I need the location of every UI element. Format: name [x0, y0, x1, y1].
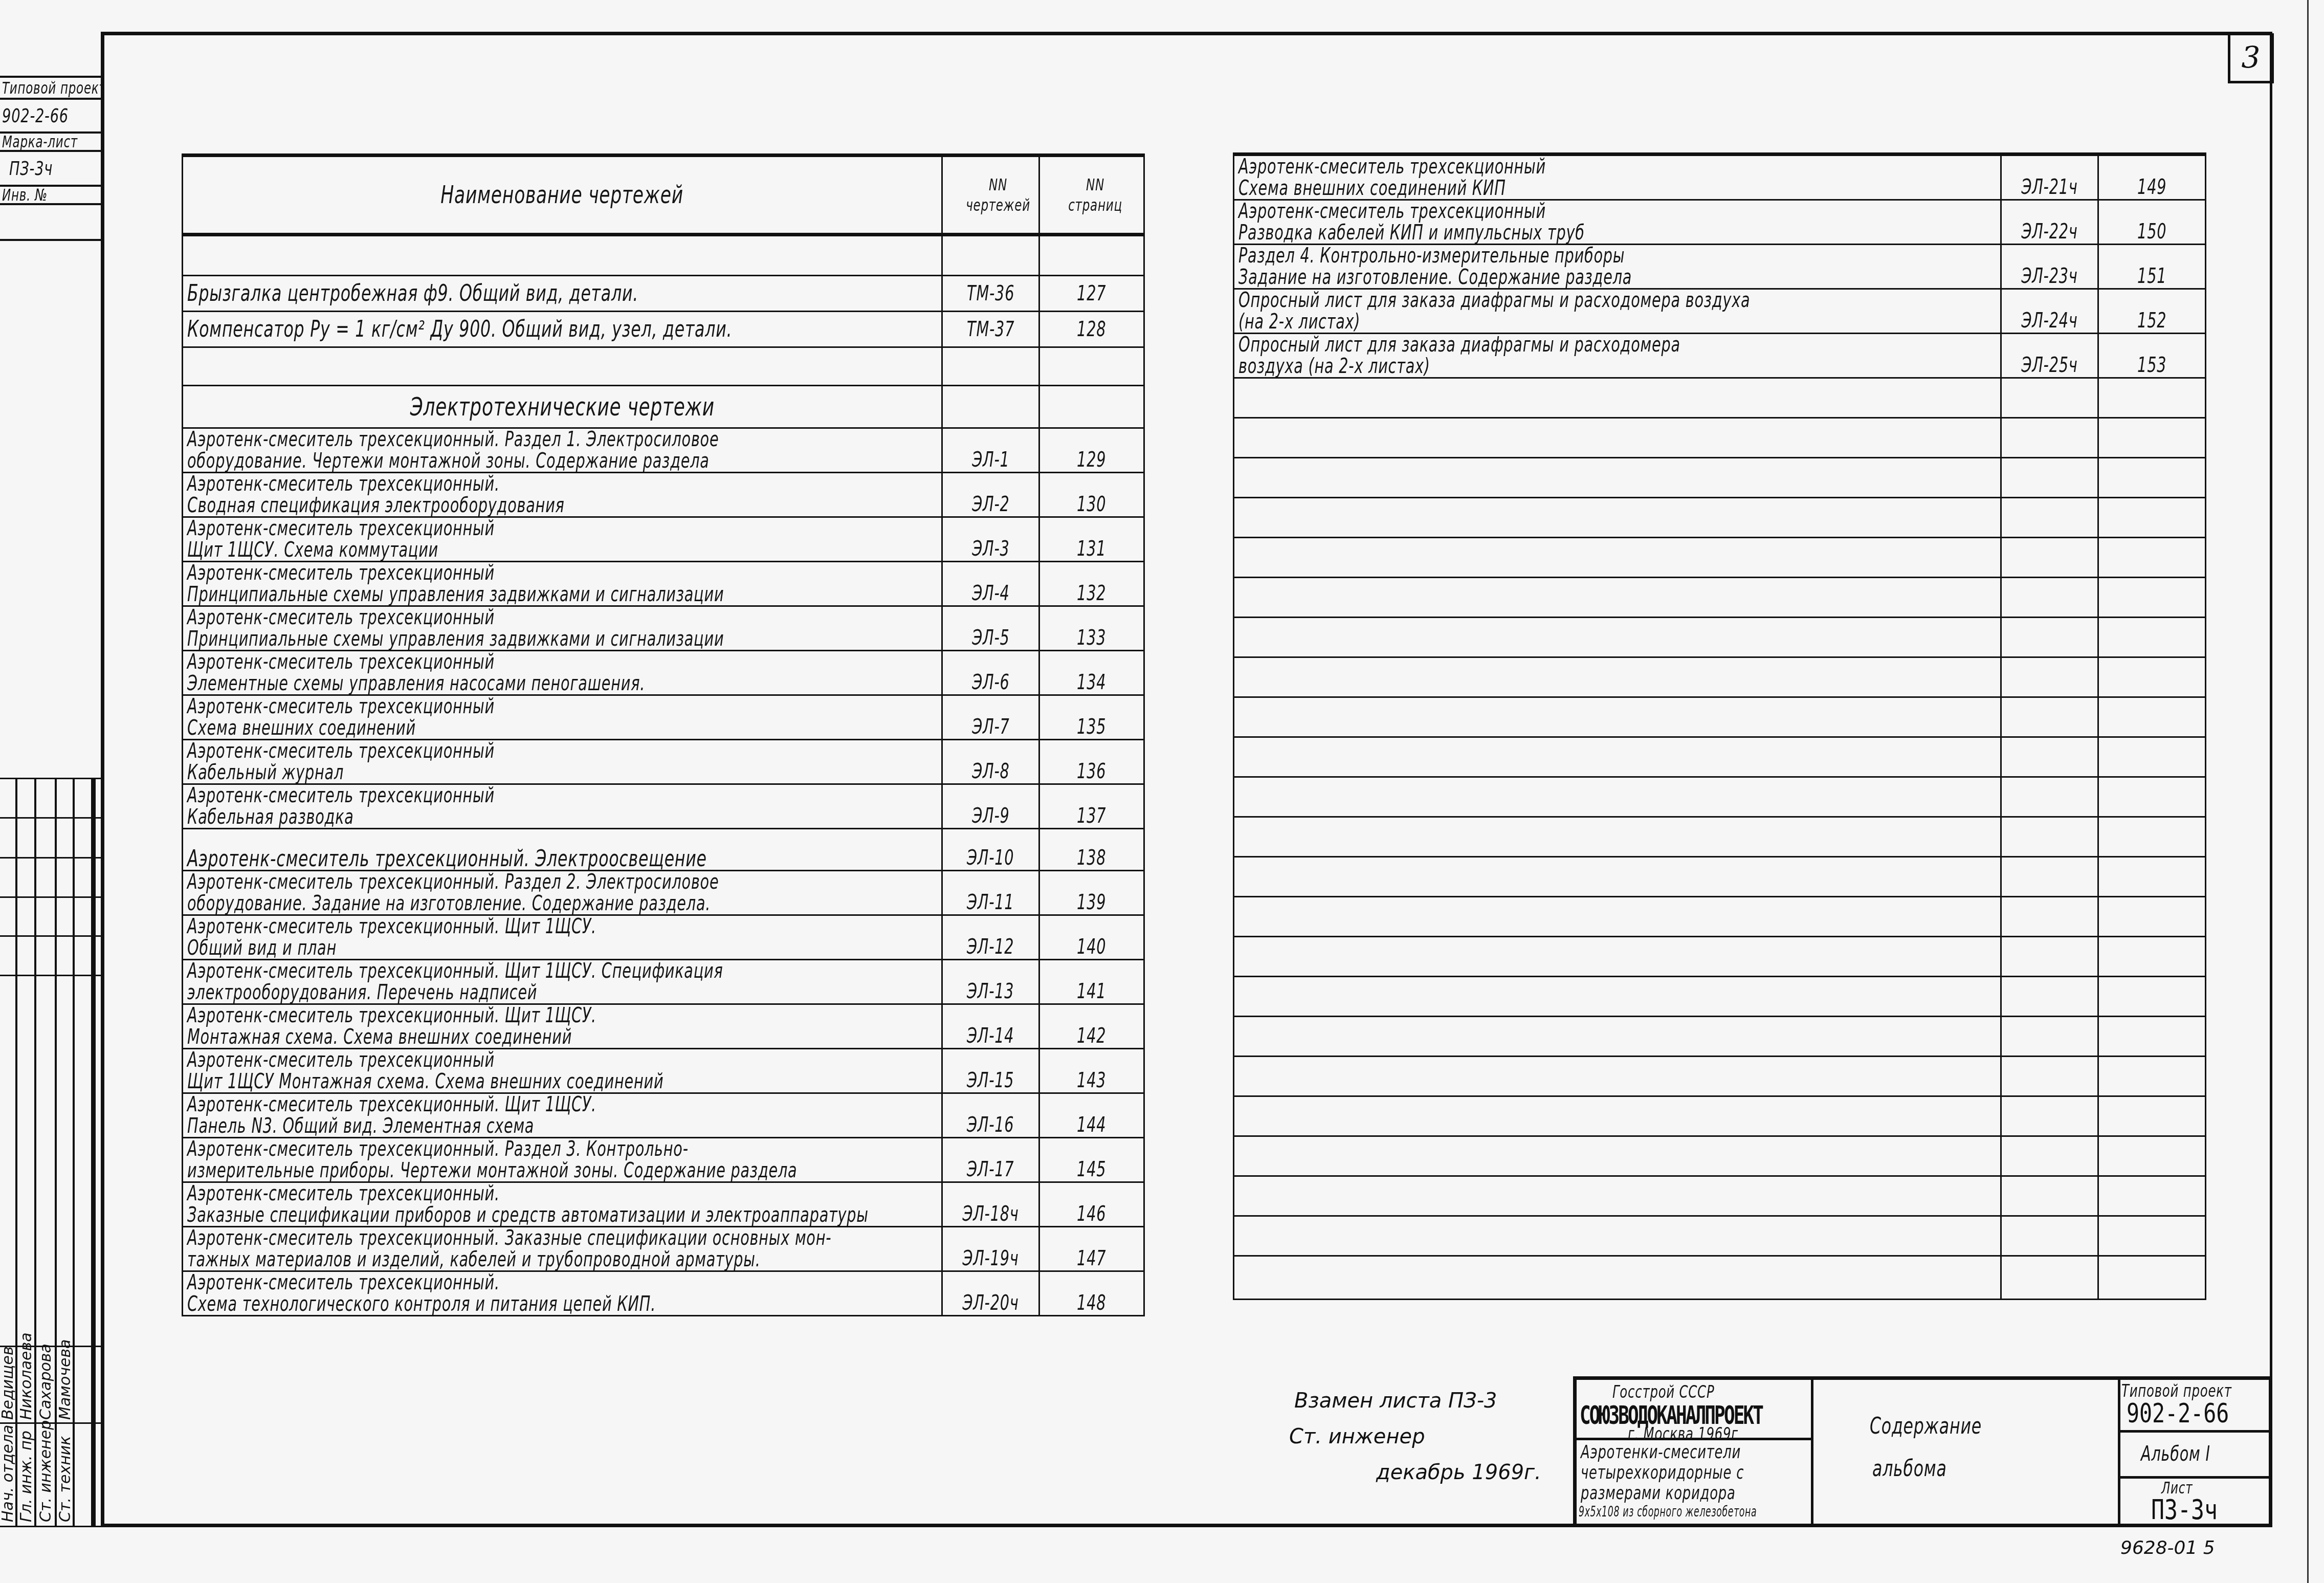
drawing-name-cell: Аэротенк-смеситель трехсекционныйПринцип…	[183, 562, 942, 606]
empty-cell	[2001, 378, 2098, 418]
drawing-number-cell: ЭЛ-15	[942, 1049, 1039, 1093]
left-top-rows: Брызгалка центробежная ф9. Общий вид, де…	[183, 276, 1144, 347]
page-number-cell: 147	[1039, 1227, 1144, 1271]
empty-cell	[2098, 618, 2206, 657]
page-number-cell: 144	[1039, 1093, 1144, 1138]
drawing-name-line: оборудование. Чертежи монтажной зоны. Со…	[187, 450, 727, 472]
empty-cell	[1234, 1057, 2001, 1096]
page-number: 130	[1077, 493, 1106, 516]
grid-line	[91, 778, 96, 1527]
drawing-number: ЭЛ-16	[967, 1113, 1014, 1137]
drawing-name-line: Принципиальные схемы управления задвижка…	[187, 628, 727, 650]
table-row: Аэротенк-смеситель трехсекционный. Щит 1…	[183, 960, 1144, 1004]
table-row: Аэротенк-смеситель трехсекционныйЭлемент…	[183, 651, 1144, 695]
drawing-name-cell: Аэротенк-смеситель трехсекционный. Разде…	[183, 428, 942, 473]
page-number-cell: 142	[1039, 1004, 1144, 1049]
empty-cell	[1234, 737, 2001, 777]
drawing-name-cell: Аэротенк-смеситель трехсекционныйЩит 1ЩС…	[183, 1049, 942, 1093]
empty-cell	[2098, 937, 2206, 977]
empty-cell	[2001, 657, 2098, 697]
drawing-name-cell: Аэротенк-смеситель трехсекционныйЩит 1ЩС…	[183, 517, 942, 562]
signature-name: Ведищев	[0, 1346, 17, 1420]
grid-line	[0, 1526, 101, 1527]
page-number-cell: 134	[1039, 651, 1144, 695]
table-row: Аэротенк-смеситель трехсекционный. Разде…	[183, 428, 1144, 473]
drawing-name-line: Аэротенк-смеситель трехсекционный	[187, 562, 727, 584]
table-row-empty	[1234, 1057, 2206, 1096]
drawing-name-cell: Аэротенк-смеситель трехсекционныйЭлемент…	[183, 651, 942, 695]
empty-cell	[2098, 1057, 2206, 1096]
drawing-number-cell: ЭЛ-17	[942, 1138, 1039, 1182]
drawing-number-cell: ЭЛ-1	[942, 428, 1039, 473]
empty-cell	[2098, 1216, 2206, 1256]
table-row: Раздел 4. Контрольно-измерительные прибо…	[1234, 245, 2206, 289]
table-row: Аэротенк-смеситель трехсекционныйЩит 1ЩС…	[183, 1049, 1144, 1093]
table-row: Аэротенк-смеситель трехсекционный.Схема …	[183, 1271, 1144, 1316]
drawing-name-cell: Опросный лист для заказа диафрагмы и рас…	[1234, 289, 2001, 334]
empty-cell	[1234, 618, 2001, 657]
drawing-number-cell: ЭЛ-5	[942, 606, 1039, 651]
page-number: 147	[1077, 1247, 1106, 1270]
ministry: Госстрой СССР	[1612, 1382, 1714, 1402]
empty-cell	[2001, 538, 2098, 578]
table-row: Аэротенк-смеситель трехсекционныйЩит 1ЩС…	[183, 517, 1144, 562]
drawing-number-cell: ЭЛ-21ч	[2001, 155, 2098, 200]
empty-cell	[1234, 857, 2001, 897]
empty-cell	[2098, 378, 2206, 418]
sheet-title-line2: альбома	[1872, 1456, 1947, 1482]
table-row-empty	[1234, 618, 2206, 657]
empty-cell	[1234, 697, 2001, 737]
drawing-name-line: (на 2-х листах)	[1238, 311, 1784, 333]
empty-cell	[2098, 498, 2206, 538]
drawing-name-line: Аэротенк-смеситель трехсекционный	[187, 1049, 727, 1071]
drawing-name-line: Заказные спецификации приборов и средств…	[187, 1204, 727, 1226]
drawing-number: ЭЛ-6	[972, 671, 1009, 694]
drawing-name-line: воздуха (на 2-х листах)	[1238, 356, 1784, 377]
table-row-empty	[1234, 657, 2206, 697]
signature-role: Ст. техник	[56, 1436, 74, 1522]
engineer-note: Ст. инженер	[1289, 1425, 1425, 1448]
drawing-name-cell: Аэротенк-смеситель трехсекционный. Заказ…	[183, 1227, 942, 1271]
table-row-empty	[1234, 1256, 2206, 1300]
header-page-cell: NN страниц	[1039, 156, 1144, 235]
table-row-empty	[1234, 498, 2206, 538]
table-row-empty	[1234, 977, 2206, 1017]
drawing-number: ЭЛ-11	[967, 891, 1014, 914]
page-number-cell: 132	[1039, 562, 1144, 606]
drawing-name-line: Элементные схемы управления насосами пен…	[187, 673, 727, 694]
drawing-name-line: Разводка кабелей КИП и импульсных труб	[1238, 222, 1784, 244]
empty-cell	[2001, 1096, 2098, 1136]
title-block: Госстрой СССР СОЮЗВОДОКАНАЛПРОЕКТ г. Мос…	[1573, 1376, 2272, 1527]
drawing-number: ЭЛ-14	[967, 1024, 1014, 1048]
empty-cell	[2098, 1136, 2206, 1176]
drawing-name-line: оборудование. Задание на изготовление. С…	[187, 893, 727, 914]
table-row-empty	[1234, 578, 2206, 618]
project-cell: Типовой проект 902-2-66 Альбом I Лист ПЗ…	[2118, 1376, 2272, 1527]
object-line: 9х5х108 из сборного железобетона	[1579, 1503, 1757, 1520]
stamp-project-code: 902-2-66	[2, 104, 69, 127]
page-number-cell: 145	[1039, 1138, 1144, 1182]
empty-cell	[2098, 657, 2206, 697]
replaces-note: Взамен листа ПЗ-3	[1294, 1389, 1497, 1413]
drawing-number: ЭЛ-20ч	[962, 1291, 1019, 1315]
table-row-empty	[1234, 857, 2206, 897]
empty-cell	[2098, 977, 2206, 1017]
table-row: Аэротенк-смеситель трехсекционныйСхема в…	[183, 695, 1144, 740]
empty-cell	[2001, 1017, 2098, 1057]
table-row: Аэротенк-смеситель трехсекционныйПринцип…	[183, 606, 1144, 651]
empty-cell	[2098, 418, 2206, 458]
table-row: Аэротенк-смеситель трехсекционныйСхема в…	[1234, 155, 2206, 200]
empty-cell	[1234, 817, 2001, 857]
drawing-name-line: Аэротенк-смеситель трехсекционный. Заказ…	[187, 1227, 727, 1249]
page-number-cell: 139	[1039, 871, 1144, 915]
header-name: Наименование чертежей	[441, 181, 684, 209]
empty-cell	[2001, 937, 2098, 977]
header-page-no: NN страниц	[1058, 174, 1132, 215]
table-row-empty	[1234, 378, 2206, 418]
table-row-empty	[1234, 937, 2206, 977]
page-number: 143	[1077, 1069, 1106, 1092]
drawing-name-line: Аэротенк-смеситель трехсекционный. Щит 1…	[187, 1005, 727, 1026]
drawing-name-line: Общий вид и план	[187, 937, 727, 959]
drawing-number-cell: ЭЛ-10	[942, 829, 1039, 871]
signature-grid: Нач. отдела Гл. инж. пр Ст. инженер Ст. …	[0, 778, 101, 1527]
drawing-number-cell: ЭЛ-2	[942, 473, 1039, 517]
empty-cell	[2001, 737, 2098, 777]
page-number-cell: 135	[1039, 695, 1144, 740]
drawing-number-cell: ЭЛ-11	[942, 871, 1039, 915]
table-row-empty	[1234, 737, 2206, 777]
drawing-name-line: Схема внешних соединений	[187, 717, 727, 739]
drawing-name-line: Компенсатор Ру = 1 кг/см² Ду 900. Общий …	[187, 319, 727, 340]
table-row: Аэротенк-смеситель трехсекционный. Щит 1…	[183, 1004, 1144, 1049]
drawing-name-line: Аэротенк-смеситель трехсекционный	[187, 696, 727, 717]
sheet-corner-number: 3	[2228, 33, 2274, 83]
table-row: Аэротенк-смеситель трехсекционный.Сводна…	[183, 473, 1144, 517]
empty-cell	[2001, 458, 2098, 498]
page-number: 139	[1077, 891, 1106, 914]
section-title-cell: Электротехнические чертежи	[183, 386, 942, 428]
page-number: 152	[2137, 309, 2166, 333]
drawing-number-cell: ТМ-36	[942, 276, 1039, 312]
table-row-empty	[1234, 817, 2206, 857]
drawing-name-line: Аэротенк-смеситель трехсекционный	[187, 607, 727, 628]
drawing-number-cell: ЭЛ-9	[942, 784, 1039, 829]
drawing-number-cell: ЭЛ-13	[942, 960, 1039, 1004]
table-row: Компенсатор Ру = 1 кг/см² Ду 900. Общий …	[183, 312, 1144, 347]
page-number-cell: 149	[2098, 155, 2206, 200]
drawing-name-line: Аэротенк-смеситель трехсекционный. Разде…	[187, 871, 727, 893]
empty-cell	[2098, 777, 2206, 817]
date-note: декабрь 1969г.	[1376, 1461, 1541, 1484]
drawing-name-cell: Аэротенк-смеситель трехсекционныйПринцип…	[183, 606, 942, 651]
page-number-cell: 150	[2098, 200, 2206, 245]
divider	[2120, 1430, 2271, 1433]
drawing-number: ЭЛ-10	[967, 846, 1014, 870]
page-number: 140	[1077, 935, 1106, 959]
drawing-number: ЭЛ-24ч	[2021, 309, 2077, 333]
page-number: 136	[1077, 760, 1106, 783]
page-number: 134	[1077, 671, 1106, 694]
empty-cell	[2098, 737, 2206, 777]
stamp-inv-label: Инв. №	[2, 187, 48, 205]
stamp-mark-value-cell: ПЗ-3ч	[0, 152, 101, 187]
stamp-inv-label-cell: Инв. №	[0, 187, 101, 205]
signature-name: Сахарова	[37, 1344, 55, 1420]
drawing-name-line: Панель N3. Общий вид. Элементная схема	[187, 1115, 727, 1137]
page-number: 141	[1077, 980, 1106, 1003]
table-row-empty	[1234, 538, 2206, 578]
page-number: 127	[1077, 282, 1106, 305]
empty-cell	[1234, 578, 2001, 618]
page-number: 149	[2137, 175, 2166, 199]
stamp-project-label-cell: Типовой проект	[0, 78, 101, 100]
table-row-empty	[1234, 1176, 2206, 1216]
drawing-name-line: Аэротенк-смеситель трехсекционный.	[187, 473, 727, 495]
drawing-name-line: Опросный лист для заказа диафрагмы и рас…	[1238, 334, 1784, 356]
drawing-number: ЭЛ-21ч	[2021, 175, 2077, 199]
table-row: Аэротенк-смеситель трехсекционный. Разде…	[183, 1138, 1144, 1182]
table-row-empty	[1234, 458, 2206, 498]
drawing-name-line: Аэротенк-смеситель трехсекционный. Элект…	[187, 848, 727, 870]
drawing-name-cell: Аэротенк-смеситель трехсекционный. Щит 1…	[183, 915, 942, 960]
drawing-number-cell: ЭЛ-23ч	[2001, 245, 2098, 289]
table-row-empty	[183, 235, 1144, 276]
empty-cell	[1234, 937, 2001, 977]
left-rows: Аэротенк-смеситель трехсекционный. Разде…	[183, 428, 1144, 1316]
table-row: Аэротенк-смеситель трехсекционныйПринцип…	[183, 562, 1144, 606]
drawing-number-cell: ЭЛ-7	[942, 695, 1039, 740]
drawing-name-cell: Аэротенк-смеситель трехсекционныйСхема в…	[1234, 155, 2001, 200]
page-number-cell: 140	[1039, 915, 1144, 960]
drawing-number-cell: ЭЛ-12	[942, 915, 1039, 960]
signature-role: Гл. инж. пр	[17, 1431, 35, 1522]
empty-cell	[1234, 1176, 2001, 1216]
empty-cell	[1234, 1216, 2001, 1256]
drawing-name-line: Аэротенк-смеситель трехсекционный	[1238, 156, 1784, 178]
sheet-title-line1: Содержание	[1870, 1413, 1982, 1439]
drawing-name-cell: Раздел 4. Контрольно-измерительные прибо…	[1234, 245, 2001, 289]
table-row: Аэротенк-смеситель трехсекционный.Заказн…	[183, 1182, 1144, 1227]
drawing-number: ЭЛ-22ч	[2021, 220, 2077, 244]
drawing-number-cell: ЭЛ-6	[942, 651, 1039, 695]
drawing-name-line: Аэротенк-смеситель трехсекционный	[187, 740, 727, 762]
empty-cell	[1234, 1256, 2001, 1300]
empty-cell	[2001, 1057, 2098, 1096]
empty-cell	[2098, 857, 2206, 897]
empty-cell	[2098, 697, 2206, 737]
table-row: Аэротенк-смеситель трехсекционныйКабельн…	[183, 784, 1144, 829]
drawing-name-cell: Брызгалка центробежная ф9. Общий вид, де…	[183, 276, 942, 312]
drawing-name-cell: Аэротенк-смеситель трехсекционный. Щит 1…	[183, 1004, 942, 1049]
drawing-number: ТМ-36	[967, 282, 1014, 305]
drawing-name-line: Схема внешних соединений КИП	[1238, 178, 1784, 199]
page-number-cell: 130	[1039, 473, 1144, 517]
drawing-name-cell: Аэротенк-смеситель трехсекционный. Элект…	[183, 829, 942, 871]
table-row-empty	[1234, 777, 2206, 817]
drawing-name-cell: Аэротенк-смеситель трехсекционный.Схема …	[183, 1271, 942, 1316]
empty-cell	[1234, 897, 2001, 937]
page-number: 146	[1077, 1202, 1106, 1226]
table-row-empty	[1234, 1017, 2206, 1057]
empty-cell	[1234, 498, 2001, 538]
page-number: 138	[1077, 846, 1106, 870]
drawing-name-line: Аэротенк-смеситель трехсекционный. Щит 1…	[187, 916, 727, 937]
page-number: 151	[2137, 265, 2166, 288]
empty-cell	[2098, 538, 2206, 578]
drawing-name-line: Монтажная схема. Схема внешних соединени…	[187, 1026, 727, 1048]
page-number: 148	[1077, 1291, 1106, 1315]
page-edge	[2307, 0, 2309, 1583]
drawings-table-right: Аэротенк-смеситель трехсекционныйСхема в…	[1233, 152, 2206, 1300]
drawing-name-line: Аэротенк-смеситель трехсекционный	[1238, 201, 1784, 222]
drawing-number-cell: ЭЛ-14	[942, 1004, 1039, 1049]
drawing-name-cell: Аэротенк-смеситель трехсекционный.Сводна…	[183, 473, 942, 517]
drawing-name-line: Раздел 4. Контрольно-измерительные прибо…	[1238, 245, 1784, 267]
table-row: Аэротенк-смеситель трехсекционныйКабельн…	[183, 740, 1144, 784]
drawing-name-cell: Компенсатор Ру = 1 кг/см² Ду 900. Общий …	[183, 312, 942, 347]
table-row: Аэротенк-смеситель трехсекционныйРазводк…	[1234, 200, 2206, 245]
drawing-number-cell: ЭЛ-16	[942, 1093, 1039, 1138]
page-number-cell: 128	[1039, 312, 1144, 347]
page-number-cell: 151	[2098, 245, 2206, 289]
archive-number: 9628-01 5	[2120, 1537, 2215, 1558]
table-row-empty	[1234, 697, 2206, 737]
signature-name: Мамочева	[56, 1339, 74, 1420]
drawing-number: ЭЛ-13	[967, 980, 1014, 1003]
grid-line	[0, 935, 101, 937]
album-label: Альбом I	[2141, 1442, 2210, 1466]
drawing-name-cell: Аэротенк-смеситель трехсекционный. Разде…	[183, 871, 942, 915]
table-row-empty	[1234, 897, 2206, 937]
drawing-number-cell: ЭЛ-3	[942, 517, 1039, 562]
drawing-name-line: Задание на изготовление. Содержание разд…	[1238, 267, 1784, 288]
org-cell: Госстрой СССР СОЮЗВОДОКАНАЛПРОЕКТ г. Мос…	[1573, 1376, 1813, 1440]
drawing-name-line: Аэротенк-смеситель трехсекционный. Щит 1…	[187, 960, 727, 982]
empty-cell	[1234, 378, 2001, 418]
drawing-number: ЭЛ-19ч	[962, 1247, 1019, 1270]
drawing-number-cell: ЭЛ-24ч	[2001, 289, 2098, 334]
drawing-name-cell: Аэротенк-смеситель трехсекционный.Заказн…	[183, 1182, 942, 1227]
drawing-name-cell: Аэротенк-смеситель трехсекционныйКабельн…	[183, 740, 942, 784]
empty-cell	[2001, 498, 2098, 538]
drawing-number: ЭЛ-18ч	[962, 1202, 1019, 1226]
grid-line	[0, 778, 101, 779]
page-number-cell: 141	[1039, 960, 1144, 1004]
empty-cell	[1234, 657, 2001, 697]
signature-name: Николаева	[17, 1332, 35, 1420]
table-row-empty	[1234, 1216, 2206, 1256]
page-number: 150	[2137, 220, 2166, 244]
drawing-name-line: измерительные приборы. Чертежи монтажной…	[187, 1160, 727, 1181]
drawing-name-line: Аэротенк-смеситель трехсекционный. Разде…	[187, 1138, 727, 1160]
page-number: 142	[1077, 1024, 1106, 1048]
stamp-project-code-cell: 902-2-66	[0, 100, 101, 134]
table-row-empty	[1234, 1136, 2206, 1176]
empty-cell	[2001, 977, 2098, 1017]
left-stamp: Типовой проект 902-2-66 Марка-лист ПЗ-3ч…	[0, 76, 101, 241]
drawing-name-line: Принципиальные схемы управления задвижка…	[187, 584, 727, 605]
signature-role: Нач. отдела	[0, 1425, 17, 1522]
grid-line	[0, 896, 101, 898]
header-drawing-no: NN чертежей	[961, 174, 1035, 215]
page-number-cell: 153	[2098, 334, 2206, 378]
grid-line	[0, 975, 101, 976]
empty-cell	[2001, 418, 2098, 458]
stamp-project-label: Типовой проект	[2, 78, 101, 98]
empty-cell	[1234, 538, 2001, 578]
drawing-name-line: Аэротенк-смеситель трехсекционный	[187, 785, 727, 806]
drawing-name-line: электрооборудования. Перечень надписей	[187, 982, 727, 1003]
object-line: размерами коридора	[1581, 1483, 1735, 1504]
drawing-name-cell: Опросный лист для заказа диафрагмы и рас…	[1234, 334, 2001, 378]
page-number-cell: 146	[1039, 1182, 1144, 1227]
empty-cell	[2098, 578, 2206, 618]
drawing-name-cell: Аэротенк-смеситель трехсекционныйКабельн…	[183, 784, 942, 829]
empty-cell	[2001, 578, 2098, 618]
table-row-empty	[183, 347, 1144, 386]
page-number: 135	[1077, 715, 1106, 739]
page-number-cell: 138	[1039, 829, 1144, 871]
empty-cell	[2001, 777, 2098, 817]
table-row: Аэротенк-смеситель трехсекционный. Заказ…	[183, 1227, 1144, 1271]
page-number: 129	[1077, 448, 1106, 472]
drawing-name-cell: Аэротенк-смеситель трехсекционный. Щит 1…	[183, 1093, 942, 1138]
page-number-cell: 127	[1039, 276, 1144, 312]
drawing-name-line: Аэротенк-смеситель трехсекционный	[187, 518, 727, 539]
divider	[2120, 1476, 2271, 1479]
grid-line	[0, 857, 101, 859]
drawing-name-line: Сводная спецификация электрооборудования	[187, 495, 727, 516]
table-row: Аэротенк-смеситель трехсекционный. Щит 1…	[183, 915, 1144, 960]
drawing-name-line: Кабельная разводка	[187, 806, 727, 828]
page-number-cell: 148	[1039, 1271, 1144, 1316]
right-rows: Аэротенк-смеситель трехсекционныйСхема в…	[1234, 155, 2206, 1300]
empty-cell	[2001, 1256, 2098, 1300]
drawing-name-line: Щит 1ЩСУ Монтажная схема. Схема внешних …	[187, 1071, 727, 1092]
stamp-mark-label-cell: Марка-лист	[0, 134, 101, 152]
drawing-number-cell: ЭЛ-4	[942, 562, 1039, 606]
page-number: 131	[1077, 537, 1106, 561]
drawing-name-line: Аэротенк-смеситель трехсекционный.	[187, 1272, 727, 1293]
drawing-name-cell: Аэротенк-смеситель трехсекционныйСхема в…	[183, 695, 942, 740]
empty-cell	[1234, 977, 2001, 1017]
empty-cell	[2098, 897, 2206, 937]
empty-cell	[2001, 1216, 2098, 1256]
empty-cell	[2001, 817, 2098, 857]
drawing-number: ЭЛ-2	[972, 493, 1009, 516]
empty-cell	[1234, 1136, 2001, 1176]
drawing-name-line: Щит 1ЩСУ. Схема коммутации	[187, 539, 727, 561]
drawing-number: ЭЛ-9	[972, 804, 1009, 828]
drawing-name-line: Аэротенк-смеситель трехсекционный. Разде…	[187, 429, 727, 450]
empty-cell	[1234, 418, 2001, 458]
signature-role: Ст. инженер	[37, 1420, 55, 1522]
empty-cell	[1234, 1017, 2001, 1057]
empty-cell	[2098, 1176, 2206, 1216]
drawing-name-cell: Аэротенк-смеситель трехсекционный. Щит 1…	[183, 960, 942, 1004]
drawing-name-cell: Аэротенк-смеситель трехсекционныйРазводк…	[1234, 200, 2001, 245]
drawing-number: ЭЛ-25ч	[2021, 354, 2077, 377]
page-number: 144	[1077, 1113, 1106, 1137]
drawing-number-cell: ТМ-37	[942, 312, 1039, 347]
drawing-number: ТМ-37	[967, 318, 1014, 341]
empty-cell	[2001, 897, 2098, 937]
empty-cell	[1234, 458, 2001, 498]
